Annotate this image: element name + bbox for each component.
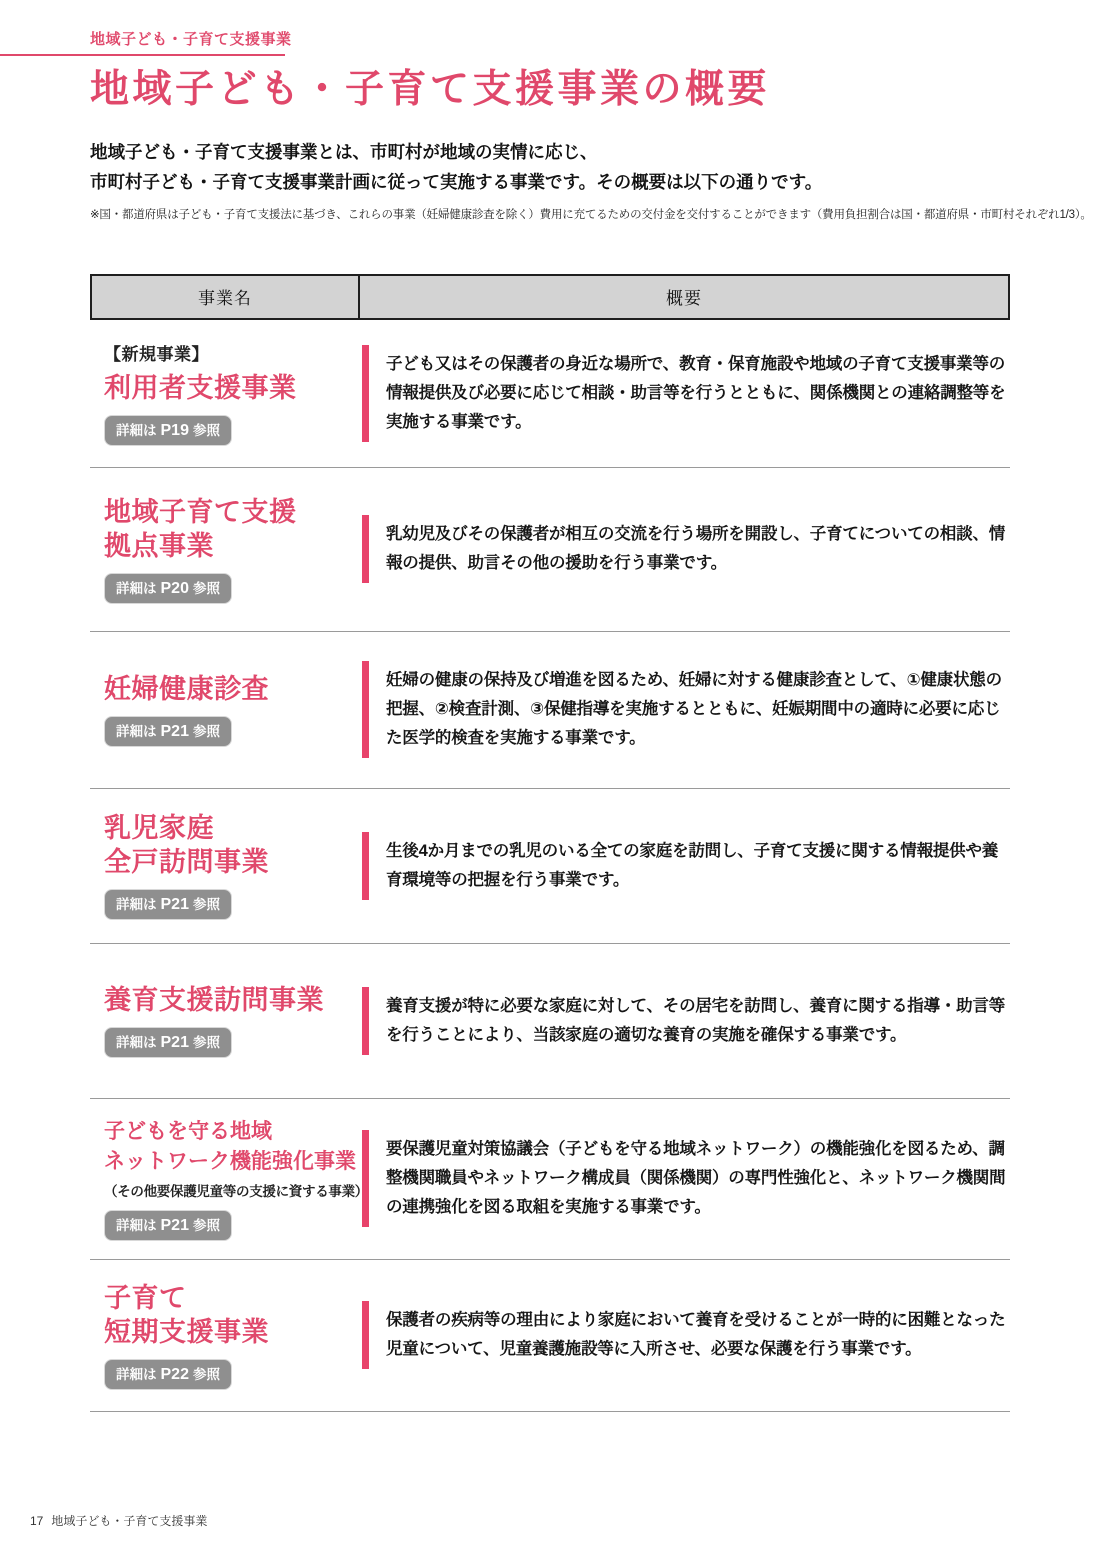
badge-post-text: 参照 bbox=[193, 724, 220, 739]
detail-page-badge: 詳細はP20参照 bbox=[104, 573, 232, 604]
table-row: 養育支援訪問事業 詳細はP21参照 養育支援が特に必要な家庭に対して、その居宅を… bbox=[90, 944, 1010, 1099]
program-description: 養育支援が特に必要な家庭に対して、その居宅を訪問し、養育に関する指導・助言等を行… bbox=[386, 987, 1010, 1055]
badge-post-text: 参照 bbox=[193, 1218, 220, 1233]
program-overview-cell: 要保護児童対策協議会（子どもを守る地域ネットワーク）の機能強化を図るため、調整機… bbox=[362, 1130, 1010, 1227]
detail-page-badge: 詳細はP19参照 bbox=[104, 415, 232, 446]
table-row: 妊婦健康診査 詳細はP21参照 妊婦の健康の保持及び増進を図るため、妊婦に対する… bbox=[90, 632, 1010, 789]
program-name: 妊婦健康診査 bbox=[104, 672, 362, 706]
accent-bar bbox=[362, 345, 369, 442]
program-description: 保護者の疾病等の理由により家庭において養育を受けることが一時的に困難となった児童… bbox=[386, 1301, 1010, 1369]
detail-page-badge: 詳細はP21参照 bbox=[104, 1210, 232, 1241]
accent-bar bbox=[362, 1301, 369, 1369]
accent-bar bbox=[362, 832, 369, 900]
badge-post-text: 参照 bbox=[193, 581, 220, 596]
accent-bar bbox=[362, 987, 369, 1055]
badge-pre-text: 詳細は bbox=[116, 1035, 157, 1050]
program-overview-cell: 生後4か月までの乳児のいる全ての家庭を訪問し、子育て支援に関する情報提供や養育環… bbox=[362, 832, 1010, 900]
program-name-cell: 妊婦健康診査 詳細はP21参照 bbox=[90, 672, 362, 747]
table-body: 【新規事業】 利用者支援事業 詳細はP19参照 子ども又はその保護者の身近な場所… bbox=[90, 320, 1010, 1412]
section-label: 地域子ども・子育て支援事業 bbox=[90, 31, 292, 48]
badge-page-number: P20 bbox=[161, 580, 189, 597]
programs-table: 事業名 概要 【新規事業】 利用者支援事業 詳細はP19参照 子ども又はその保護… bbox=[90, 274, 1010, 1412]
section-label-rule: 地域子ども・子育て支援事業 bbox=[0, 28, 285, 56]
detail-page-badge: 詳細はP21参照 bbox=[104, 716, 232, 747]
program-overview-cell: 妊婦の健康の保持及び増進を図るため、妊婦に対する健康診査として、①健康状態の把握… bbox=[362, 661, 1010, 758]
program-name: 乳児家庭 全戸訪問事業 bbox=[104, 811, 362, 879]
page-footer: 17 地域子ども・子育て支援事業 bbox=[30, 1512, 207, 1529]
badge-post-text: 参照 bbox=[193, 1367, 220, 1382]
table-header: 事業名 概要 bbox=[90, 274, 1010, 320]
program-description: 子ども又はその保護者の身近な場所で、教育・保育施設や地域の子育て支援事業等の情報… bbox=[386, 345, 1010, 442]
badge-post-text: 参照 bbox=[193, 897, 220, 912]
document-page: 地域子ども・子育て支援事業 地域子ども・子育て支援事業の概要 地域子ども・子育て… bbox=[0, 0, 1100, 1557]
program-name-cell: 乳児家庭 全戸訪問事業 詳細はP21参照 bbox=[90, 811, 362, 920]
program-name-cell: 養育支援訪問事業 詳細はP21参照 bbox=[90, 983, 362, 1058]
program-description: 妊婦の健康の保持及び増進を図るため、妊婦に対する健康診査として、①健康状態の把握… bbox=[386, 661, 1010, 758]
program-overview-cell: 子ども又はその保護者の身近な場所で、教育・保育施設や地域の子育て支援事業等の情報… bbox=[362, 345, 1010, 442]
program-name: 養育支援訪問事業 bbox=[104, 983, 362, 1017]
page-title: 地域子ども・子育て支援事業の概要 bbox=[90, 66, 1100, 115]
new-program-label: 【新規事業】 bbox=[104, 340, 362, 365]
table-row: 子どもを守る地域 ネットワーク機能強化事業 （その他要保護児童等の支援に資する事… bbox=[90, 1099, 1010, 1260]
table-row: 乳児家庭 全戸訪問事業 詳細はP21参照 生後4か月までの乳児のいる全ての家庭を… bbox=[90, 789, 1010, 944]
badge-page-number: P19 bbox=[161, 422, 189, 439]
badge-post-text: 参照 bbox=[193, 423, 220, 438]
program-name-cell: 子どもを守る地域 ネットワーク機能強化事業 （その他要保護児童等の支援に資する事… bbox=[90, 1117, 362, 1241]
program-description: 生後4か月までの乳児のいる全ての家庭を訪問し、子育て支援に関する情報提供や養育環… bbox=[386, 832, 1010, 900]
program-overview-cell: 乳幼児及びその保護者が相互の交流を行う場所を開設し、子育てについての相談、情報の… bbox=[362, 515, 1010, 583]
intro-text: 地域子ども・子育て支援事業とは、市町村が地域の実情に応じ、 市町村子ども・子育て… bbox=[90, 137, 1010, 197]
program-name: 地域子育て支援 拠点事業 bbox=[104, 495, 362, 563]
program-name-cell: 地域子育て支援 拠点事業 詳細はP20参照 bbox=[90, 495, 362, 604]
footnote: ※国・都道府県は子ども・子育て支援法に基づき、これらの事業（妊婦健康診査を除く）… bbox=[90, 206, 1100, 222]
badge-pre-text: 詳細は bbox=[116, 581, 157, 596]
badge-page-number: P22 bbox=[161, 1366, 189, 1383]
program-name: 利用者支援事業 bbox=[104, 371, 362, 405]
program-note: （その他要保護児童等の支援に資する事業） bbox=[104, 1180, 362, 1200]
program-overview-cell: 保護者の疾病等の理由により家庭において養育を受けることが一時的に困難となった児童… bbox=[362, 1301, 1010, 1369]
program-name: 子どもを守る地域 ネットワーク機能強化事業 bbox=[104, 1117, 362, 1177]
program-description: 要保護児童対策協議会（子どもを守る地域ネットワーク）の機能強化を図るため、調整機… bbox=[386, 1130, 1010, 1227]
program-description: 乳幼児及びその保護者が相互の交流を行う場所を開設し、子育てについての相談、情報の… bbox=[386, 515, 1010, 583]
table-row: 地域子育て支援 拠点事業 詳細はP20参照 乳幼児及びその保護者が相互の交流を行… bbox=[90, 468, 1010, 632]
program-name-cell: 【新規事業】 利用者支援事業 詳細はP19参照 bbox=[90, 340, 362, 446]
badge-page-number: P21 bbox=[161, 723, 189, 740]
detail-page-badge: 詳細はP21参照 bbox=[104, 1027, 232, 1058]
badge-pre-text: 詳細は bbox=[116, 897, 157, 912]
program-name: 子育て 短期支援事業 bbox=[104, 1281, 362, 1349]
program-name-cell: 子育て 短期支援事業 詳細はP22参照 bbox=[90, 1281, 362, 1390]
badge-page-number: P21 bbox=[161, 1034, 189, 1051]
badge-pre-text: 詳細は bbox=[116, 1367, 157, 1382]
detail-page-badge: 詳細はP22参照 bbox=[104, 1359, 232, 1390]
detail-page-badge: 詳細はP21参照 bbox=[104, 889, 232, 920]
footer-section-title: 地域子ども・子育て支援事業 bbox=[51, 1512, 207, 1529]
footer-page-number: 17 bbox=[30, 1514, 43, 1528]
intro-line-1: 地域子ども・子育て支援事業とは、市町村が地域の実情に応じ、 bbox=[90, 142, 598, 162]
program-overview-cell: 養育支援が特に必要な家庭に対して、その居宅を訪問し、養育に関する指導・助言等を行… bbox=[362, 987, 1010, 1055]
badge-page-number: P21 bbox=[161, 896, 189, 913]
table-row: 子育て 短期支援事業 詳細はP22参照 保護者の疾病等の理由により家庭において養… bbox=[90, 1260, 1010, 1412]
accent-bar bbox=[362, 1130, 369, 1227]
badge-page-number: P21 bbox=[161, 1217, 189, 1234]
column-header-name: 事業名 bbox=[92, 276, 360, 318]
badge-pre-text: 詳細は bbox=[116, 423, 157, 438]
badge-pre-text: 詳細は bbox=[116, 724, 157, 739]
column-header-overview: 概要 bbox=[360, 276, 1008, 318]
table-row: 【新規事業】 利用者支援事業 詳細はP19参照 子ども又はその保護者の身近な場所… bbox=[90, 320, 1010, 468]
intro-line-2: 市町村子ども・子育て支援事業計画に従って実施する事業です。その概要は以下の通りで… bbox=[90, 172, 822, 192]
accent-bar bbox=[362, 661, 369, 758]
badge-post-text: 参照 bbox=[193, 1035, 220, 1050]
accent-bar bbox=[362, 515, 369, 583]
badge-pre-text: 詳細は bbox=[116, 1218, 157, 1233]
